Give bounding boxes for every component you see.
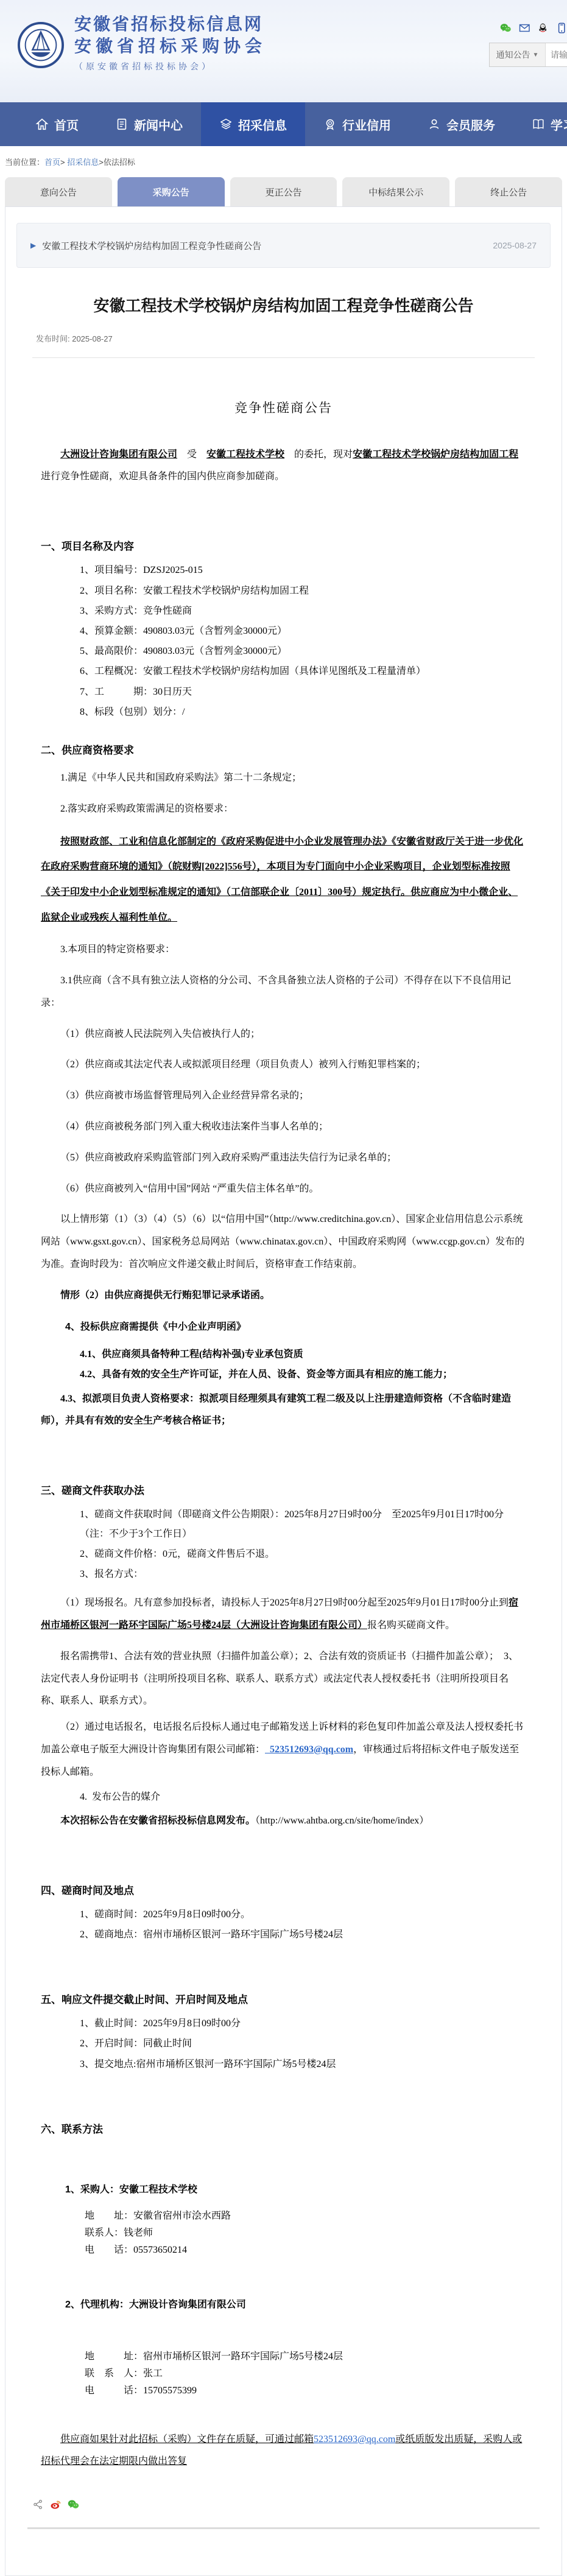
doc-block: 1、磋商时间：2025年9月8日09时00分。 [41,1905,526,1924]
doc-block: 2、开启时间：同截止时间 [41,2034,526,2053]
mobile-icon[interactable] [556,22,567,34]
nav-item-learning-center[interactable]: 学习中心 [513,102,567,146]
mail-icon[interactable] [519,22,530,34]
document-body: 竞争性磋商公告大洲设计咨询集团有限公司 受 安徽工程技术学校 的委托，现对安徽工… [16,358,551,2483]
doc-block: 二、供应商资格要求 [41,742,526,759]
doc-block: 电 话：15705575399 [41,2382,526,2399]
doc-block: 3.本项目的特定资格要求： [41,939,526,961]
main-nav: 首页 新闻中心 招采信息 行业信用 会员服务 学习中心 [0,102,567,146]
breadcrumb-link-bidding[interactable]: 招采信息 [67,158,99,167]
doc-block: 3、报名方式： [41,1565,526,1584]
doc-block: 2、代理机构：大洲设计咨询集团有限公司 [41,2294,526,2317]
doc-block: （1）现场报名。凡有意参加投标者，请投标人于2025年8月27日9时00分起至2… [41,1592,526,1637]
site-title-line3: （原安徽省招标投标协会） [74,60,266,72]
doc-block: 地 址：宿州市埇桥区银河一路环宇国际广场5号楼24层 [41,2348,526,2365]
news-icon [115,118,129,131]
doc-block: 五、响应文件提交截止时间、开启时间及地点 [41,1992,526,2008]
share-row [16,2483,551,2522]
doc-block: 六、联系方法 [41,2121,526,2138]
wechat-share-icon[interactable] [68,2499,79,2510]
search-input[interactable] [546,43,567,66]
doc-block: 联系人：钱老师 [41,2225,526,2242]
doc-block: 2.落实政府采购政策需满足的资格要求： [41,798,526,821]
notice-item-title: 安徽工程技术学校锅炉房结构加固工程竞争性磋商公告 [42,239,493,252]
nav-label: 行业信用 [342,116,391,133]
content-area: ▶ 安徽工程技术学校锅炉房结构加固工程竞争性磋商公告 2025-08-27 安徽… [5,206,562,2576]
member-icon [428,118,441,131]
doc-block [41,492,526,518]
nav-label: 首页 [54,116,79,133]
nav-item-member-service[interactable]: 会员服务 [409,102,513,146]
site-title-line1: 安徽省招标投标信息网 [74,13,266,35]
doc-block [41,2259,526,2284]
qq-icon[interactable] [537,22,549,34]
tab-termination-notice[interactable]: 终止公告 [455,177,562,206]
tab-procurement-notice[interactable]: 采购公告 [118,177,225,206]
publish-time: 发布时间: 2025-08-27 [36,332,551,344]
doc-block: （2）通过电话报名，电话报名后投标人通过电子邮箱发送上诉材料的彩色复印件加盖公章… [41,1716,526,1783]
doc-block: 大洲设计咨询集团有限公司 受 安徽工程技术学校 的委托，现对安徽工程技术学校锅炉… [41,444,526,489]
doc-block: 2、磋商文件价格：0元，磋商文件售后不退。 [41,1545,526,1563]
notice-item-date: 2025-08-27 [493,240,537,250]
nav-item-home[interactable]: 首页 [17,102,97,146]
nav-item-bidding-info[interactable]: 招采信息 [201,102,305,146]
doc-block: 情形（2）由供应商提供无行贿犯罪记录承诺函。 [41,1285,526,1307]
doc-block: （3）供应商被市场监督管理局列入企业经营异常名录的； [41,1085,526,1107]
site-title-line2: 安徽省招标采购协会 [74,35,266,57]
doc-block: （4）供应商被税务部门列入重大税收违法案件当事人名单的； [41,1116,526,1139]
doc-block [41,1836,526,1862]
caret-right-icon: ▶ [30,241,36,250]
doc-link[interactable]: 523512693@qq.com [265,1744,353,1755]
doc-block: 电 话：05573650214 [41,2242,526,2259]
article-title: 安徽工程技术学校锅炉房结构加固工程竞争性磋商公告 [35,295,532,317]
doc-block: 6、工程概况：安徽工程技术学校锅炉房结构加固（具体详见图纸及工程量清单） [41,662,526,681]
doc-block: 7、工 期：30日历天 [41,683,526,701]
wechat-icon[interactable] [500,22,512,34]
doc-block: 2、磋商地点：宿州市埇桥区银河一路环宇国际广场5号楼24层 [41,1925,526,1944]
doc-block: 4、投标供应商需提供《中小企业声明函》 [41,1316,526,1339]
home-icon [35,118,49,131]
doc-block: （2）供应商或其法定代表人或拟派项目经理（项目负责人）被列入行贿犯罪档案的； [41,1054,526,1076]
breadcrumb-prefix: 当前位置： [5,158,44,167]
doc-block: 5、最高限价：490803.03元（含暂列金30000元） [41,642,526,661]
book-icon [532,118,545,131]
nav-label: 招采信息 [238,116,287,133]
doc-block: 1、采购人：安徽工程技术学校 [41,2179,526,2202]
nav-label: 新闻中心 [134,116,183,133]
medal-icon [323,118,337,131]
doc-block [41,2399,526,2425]
tab-award-result[interactable]: 中标结果公示 [342,177,449,206]
tab-intention-notice[interactable]: 意向公告 [5,177,112,206]
doc-block: 4.3、拟派项目负责人资格要求：拟派项目经理须具有建筑工程二级及以上注册建造师资… [41,1388,526,1433]
doc-block: 本次招标公告在安徽省招标投标信息网发布。（http://www.ahtba.or… [41,1810,526,1833]
site-title-block: 安徽省招标投标信息网 安徽省招标采购协会 （原安徽省招标投标协会） [74,13,266,72]
doc-block: （5）供应商被政府采购监管部门列入政府采购严重违法失信行为记录名单的； [41,1147,526,1170]
announcement-tabs: 意向公告 采购公告 更正公告 中标结果公示 终止公告 [5,177,562,206]
search-bar: 通知公告 ▼ [489,43,567,67]
nav-label: 学习中心 [551,116,567,133]
breadcrumb-current: 依法招标 [104,158,135,167]
weibo-icon[interactable] [50,2499,62,2510]
doc-block: 1、项目编号：DZSJ2025-015 [41,561,526,580]
breadcrumb: 当前位置：首页> 招采信息>依法招标 [0,146,567,174]
doc-block: 4.2、具备有效的安全生产许可证，并在人员、设备、资金等方面具有相应的施工能力； [41,1365,526,1384]
nav-label: 会员服务 [446,116,495,133]
nav-item-news[interactable]: 新闻中心 [97,102,201,146]
doc-block [41,1945,526,1971]
doc-block [41,2323,526,2348]
doc-block: 3、提交地点:宿州市埇桥区银河一路环宇国际广场5号楼24层 [41,2055,526,2074]
doc-block: 1、截止时间：2025年9月8日09时00分 [41,2014,526,2033]
doc-block: 3.1供应商（含不具有独立法人资格的分公司、不含具备独立法人资格的子公司）不得存… [41,970,526,1015]
doc-block: 4、预算金额：490803.03元（含暂列金30000元） [41,622,526,640]
layers-icon [219,118,233,131]
doc-block: 4.1、供应商须具备特种工程(结构补强)专业承包资质 [41,1345,526,1364]
site-logo [17,21,65,69]
doc-block: 报名需携带1、合法有效的营业执照（扫描件加盖公章）；2、合法有效的资质证书（扫描… [41,1646,526,1713]
doc-block: 联 系 人：张工 [41,2365,526,2382]
breadcrumb-sep: > [60,158,67,167]
doc-link[interactable]: 523512693@qq.com [314,2434,395,2444]
chevron-down-icon: ▼ [533,52,539,58]
doc-block: 8、标段（包别）划分：/ [41,703,526,721]
breadcrumb-link-home[interactable]: 首页 [44,158,60,167]
doc-block [41,1436,526,1462]
site-header: 安徽省招标投标信息网 安徽省招标采购协会 （原安徽省招标投标协会） [0,0,567,102]
doc-block: 供应商如果针对此招标（采购）文件存在质疑，可通过邮箱523512693@qq.c… [41,2429,526,2474]
breadcrumb-sep: > [99,158,104,167]
share-icon[interactable] [32,2499,44,2510]
doc-block: 4. 发布公告的媒介 [41,1788,526,1806]
doc-block: 三、磋商文件获取办法 [41,1483,526,1499]
tab-correction-notice[interactable]: 更正公告 [230,177,337,206]
doc-block: 1、磋商文件获取时间（即磋商文件公告期限）：2025年8月27日9时00分 至2… [41,1505,526,1543]
doc-block [41,2144,526,2169]
doc-block: 以上情形第（1）（3）（4）（5）（6）以“信用中国”（http://www.c… [41,1209,526,1276]
doc-block: 3、采购方式：竞争性磋商 [41,602,526,620]
search-category-label: 通知公告 [496,49,530,61]
notice-list-item[interactable]: ▶ 安徽工程技术学校锅炉房结构加固工程竞争性磋商公告 2025-08-27 [16,223,551,268]
search-category-dropdown[interactable]: 通知公告 ▼ [490,43,546,66]
doc-block [41,2075,526,2100]
nav-item-industry-credit[interactable]: 行业信用 [305,102,409,146]
doc-block: 2、项目名称：安徽工程技术学校锅炉房结构加固工程 [41,581,526,600]
doc-block: 地 址：安徽省宿州市浍水西路 [41,2208,526,2225]
doc-block: 按照财政部、工业和信息化部制定的《政府采购促进中小企业发展管理办法》《安徽省财政… [41,829,526,930]
doc-block: 一、项目名称及内容 [41,538,526,555]
doc-block: （6）供应商被列入“信用中国”网站 “严重失信主体名单”的。 [41,1178,526,1201]
doc-block: 1.满足《中华人民共和国政府采购法》第二十二条规定； [41,767,526,790]
doc-block: （1）供应商被人民法院列入失信被执行人的； [41,1023,526,1046]
doc-block: 竞争性磋商公告 [41,393,526,423]
doc-block: 四、磋商时间及地点 [41,1883,526,1899]
